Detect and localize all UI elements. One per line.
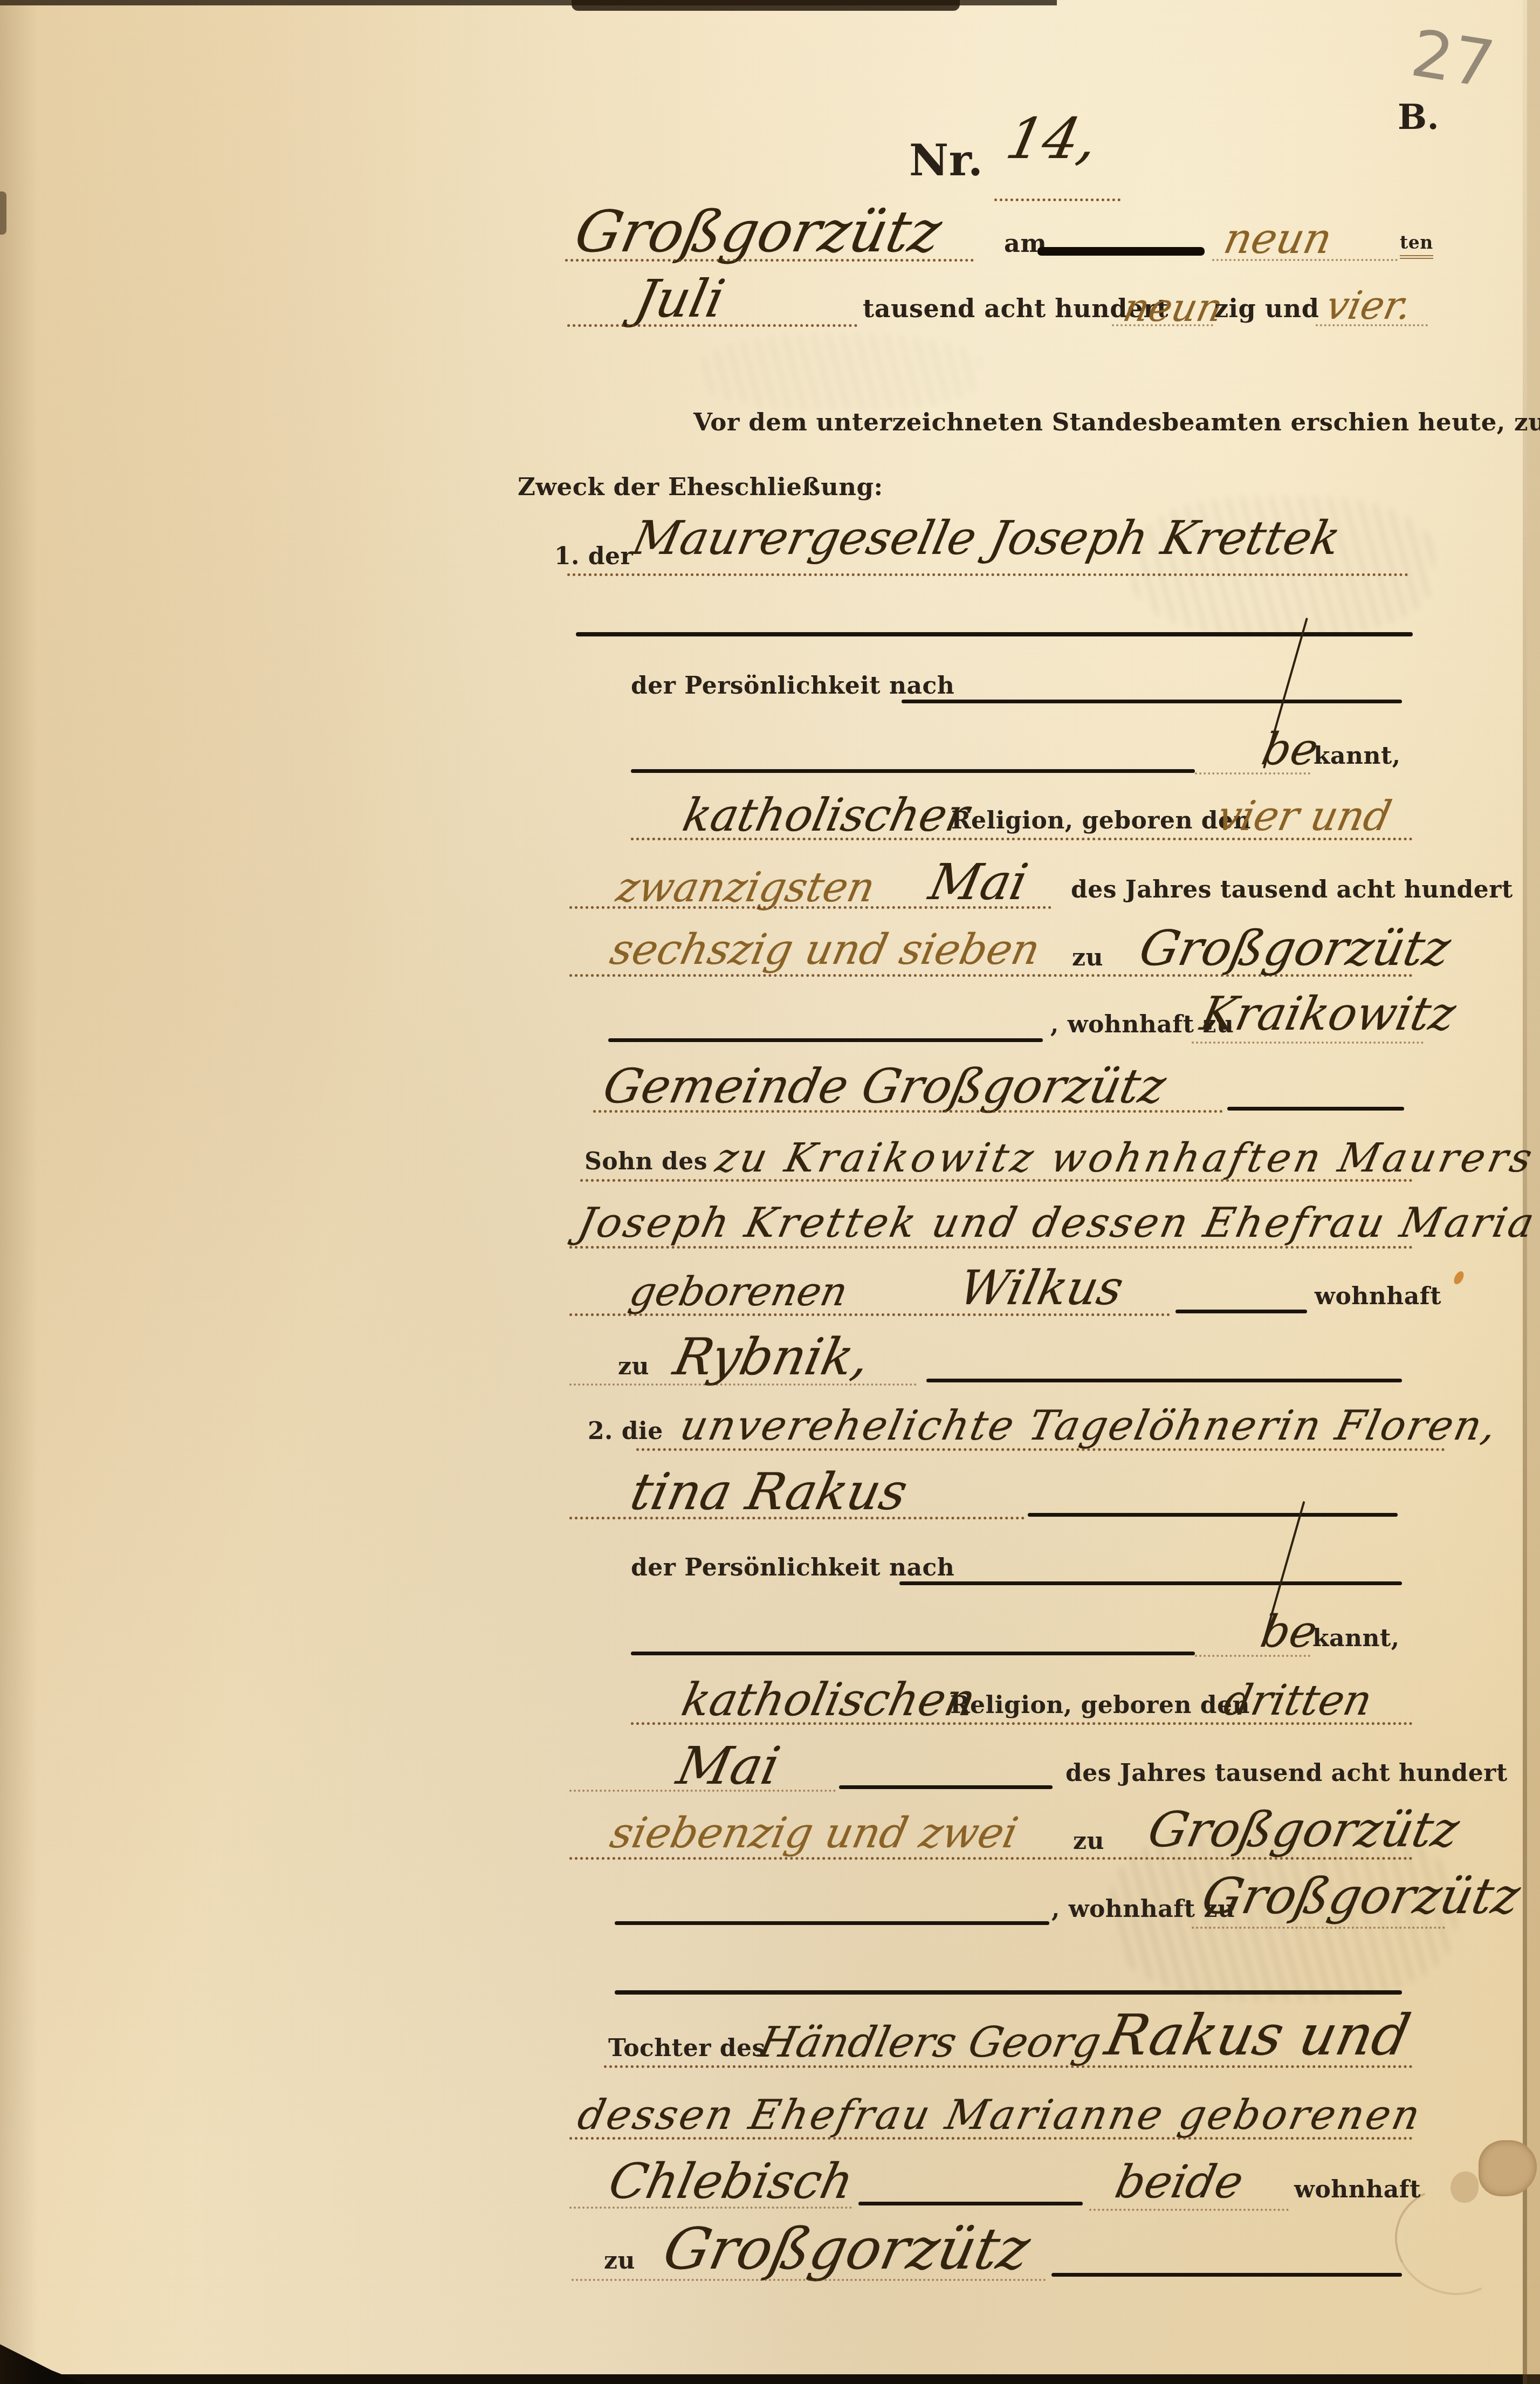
bride-identity-label: der Persönlichkeit nach	[631, 1554, 954, 1581]
rule-dotted	[569, 1383, 917, 1386]
rule-dotted	[572, 2279, 1046, 2281]
bride-zu-label: zu	[1073, 1827, 1104, 1855]
groom-religion-handwritten: katholischer	[678, 789, 974, 841]
rule-dotted	[1112, 324, 1213, 326]
rule-dotted	[569, 1790, 836, 1792]
page-edge-right-column	[1527, 0, 1540, 2384]
bride-zu2-label: zu	[604, 2247, 635, 2275]
groom-religion-label: Religion, geboren den	[951, 807, 1251, 834]
bride-wohnhaft-label: wohnhaft	[1294, 2176, 1421, 2203]
bride-known-label: kannt,	[1312, 1625, 1400, 1652]
rule-dotted	[604, 2065, 1413, 2068]
groom-birth-year: sechszig und sieben	[606, 926, 1044, 974]
rule-solid	[1028, 1513, 1398, 1517]
groom-birth-place: Großgorzütz	[1135, 920, 1455, 977]
dateline-place: Großgorzütz	[569, 198, 947, 265]
rule-solid	[615, 1921, 1049, 1925]
groom-residence-line2: Gemeinde Großgorzütz	[599, 1058, 1171, 1114]
rule-dotted	[569, 2137, 1413, 2140]
groom-birthday-part2: zwanzigsten	[613, 863, 879, 911]
bride-religion-label: Religion, geboren den	[950, 1691, 1250, 1719]
rule-dotted	[1089, 2209, 1289, 2211]
bride-birth-month: Mai	[672, 1736, 785, 1796]
left-edge-speck	[0, 191, 6, 235]
scan-edge-bottom	[38, 2374, 1540, 2384]
rule-dotted	[569, 906, 1051, 909]
rule-dotted	[1192, 1927, 1445, 1929]
dateline-month: Juli	[630, 269, 730, 329]
groom-item-label: 1. der	[554, 543, 633, 570]
rule-dotted	[593, 1110, 1223, 1113]
bride-residence: Großgorzütz	[1197, 1867, 1525, 1925]
section-letter: B.	[1398, 97, 1439, 138]
rule-dotted	[569, 1246, 1413, 1249]
left-edge-shadow	[0, 0, 38, 2384]
rule-solid	[858, 2202, 1083, 2205]
scan-edge-top-blob	[572, 0, 960, 11]
groom-zu2-label: zu	[618, 1353, 649, 1380]
rule-solid	[1051, 2273, 1402, 2277]
rule-dotted	[636, 1448, 1445, 1451]
groom-mother-name: Wilkus	[954, 1260, 1128, 1316]
rule-solid	[631, 1652, 1195, 1655]
groom-son-label: Sohn des	[585, 1148, 707, 1175]
dateline-day-suffix: ten	[1400, 232, 1433, 259]
rule-dotted	[569, 1517, 1025, 1519]
bride-father-name: Rakus und	[1100, 2002, 1416, 2068]
rule-dotted	[1316, 324, 1428, 326]
bride-birth-year: siebenzig und zwei	[606, 1809, 1022, 1858]
groom-parent-residence: Rybnik,	[669, 1328, 875, 1387]
rule-solid	[926, 1379, 1402, 1382]
groom-zu-label: zu	[1072, 944, 1103, 971]
rule-solid	[631, 769, 1195, 773]
intro-line-2: Zweck der Eheschließung:	[518, 472, 883, 501]
rule-solid	[608, 1038, 1043, 1042]
bride-mother: dessen Ehefrau Marianne geborenen	[574, 2091, 1426, 2139]
page-fold-line	[1523, 0, 1527, 2384]
rule-dotted	[580, 1179, 1413, 1182]
rule-dotted	[569, 1313, 1170, 1316]
rule-dotted	[1192, 1042, 1424, 1044]
groom-parents: Joseph Krettek und dessen Ehefrau Maria	[574, 1198, 1540, 1246]
rule-solid	[576, 632, 1413, 636]
bride-both-handwritten: beide	[1111, 2155, 1248, 2208]
bride-father-desc: Händlers Georg	[755, 2018, 1105, 2067]
rule-solid	[1175, 1310, 1307, 1313]
rule-dotted	[1212, 259, 1398, 261]
rule-dotted	[567, 573, 1408, 576]
intro-line-1: Vor dem unterzeichneten Standesbeamten e…	[693, 408, 1540, 436]
groom-birth-month: Mai	[924, 853, 1033, 911]
groom-known-label: kannt,	[1314, 742, 1401, 770]
dateline-year-mid: zig und	[1214, 294, 1319, 323]
groom-birthday-part1: vier und	[1213, 792, 1395, 840]
registry-document-page: 27 B. Nr. 14, Großgorzütz am neun ten Ju…	[0, 0, 1540, 2384]
bride-year-label: des Jahres tausend acht hundert	[1065, 1759, 1508, 1787]
groom-entry: Maurergeselle Joseph Krettek	[628, 511, 1345, 565]
blank-strikeout-line	[1037, 247, 1205, 256]
rule-solid	[902, 700, 1402, 703]
showthrough-smudge-3	[701, 334, 981, 410]
rule-solid	[899, 1581, 1402, 1585]
groom-mother-nee: geborenen	[625, 1269, 852, 1315]
rule-solid	[1227, 1107, 1404, 1111]
bride-item-label: 2. die	[588, 1417, 663, 1445]
bride-residence2: Großgorzütz	[658, 2216, 1036, 2282]
record-number-value: 14,	[1001, 106, 1104, 172]
rule-dotted	[565, 259, 974, 262]
groom-wohnhaft-label: wohnhaft	[1315, 1283, 1441, 1310]
rule-dotted	[569, 2207, 852, 2209]
dateline-year-tens: neun	[1119, 285, 1227, 330]
pencil-page-number: 27	[1406, 16, 1500, 103]
groom-year-label: des Jahres tausend acht hundert	[1071, 876, 1513, 903]
bride-entry-line1: unverehelichte Tagelöhnerin Floren,	[676, 1401, 1502, 1449]
rule-dotted	[567, 324, 857, 327]
bride-entry-line2: tina Rakus	[625, 1463, 912, 1522]
groom-residence: Kraikowitz	[1196, 987, 1460, 1041]
rule-dotted	[994, 198, 1120, 201]
groom-identity-label: der Persönlichkeit nach	[631, 672, 954, 700]
bride-mother-name: Chlebisch	[604, 2153, 858, 2210]
bride-daughter-label: Tochter des	[608, 2034, 766, 2062]
rule-solid	[839, 1785, 1053, 1789]
bride-birthday: dritten	[1220, 1676, 1376, 1725]
bride-birth-place: Großgorzütz	[1143, 1801, 1464, 1858]
groom-father-desc: zu Kraikowitz wohnhaften Maurers	[712, 1135, 1539, 1181]
bride-religion-handwritten: katholischen	[677, 1673, 980, 1726]
ink-speck-orange	[1452, 1270, 1466, 1286]
dateline-year-ones: vier.	[1322, 283, 1416, 328]
record-number-label: Nr.	[909, 135, 983, 186]
dateline-day: neun	[1220, 215, 1336, 263]
rule-solid	[615, 1990, 1402, 1995]
